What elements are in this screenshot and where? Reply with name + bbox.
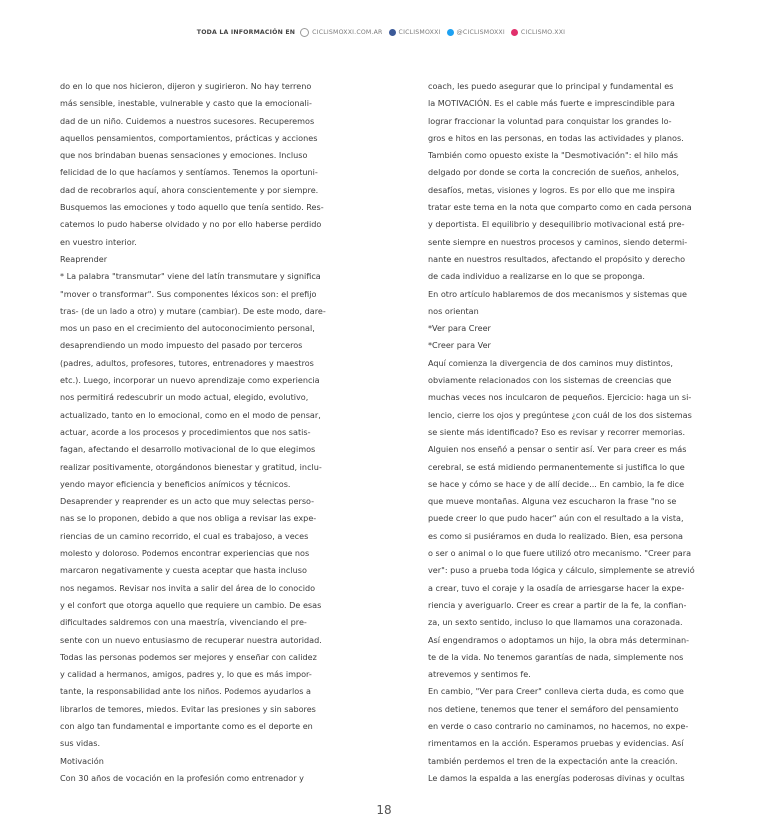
text-line: con algo tan fundamental e importante co… <box>60 718 360 735</box>
header-link-twitter[interactable]: @CICLISMOXXI <box>447 29 505 36</box>
text-line: y el confort que otorga aquello que requ… <box>60 597 360 614</box>
text-line: obviamente relacionados con los sistemas… <box>428 372 728 389</box>
text-line: tratar este tema en la nota que comparto… <box>428 199 728 216</box>
text-line: delgado por donde se corta la concreción… <box>428 164 728 181</box>
text-line: también perdemos el tren de la expectaci… <box>428 753 728 770</box>
text-line: se siente más identificado? Eso es revis… <box>428 424 728 441</box>
text-line: lograr fraccionar la voluntad para conqu… <box>428 113 728 130</box>
text-line: mos un paso en el crecimiento del autoco… <box>60 320 360 337</box>
text-line: Aquí comienza la divergencia de dos cami… <box>428 355 728 372</box>
text-line: molesto y doloroso. Podemos encontrar ex… <box>60 545 360 562</box>
text-line: ver": puso a prueba toda lógica y cálcul… <box>428 562 728 579</box>
header-link-website[interactable]: CICLISMOXXI.COM.AR <box>300 28 382 37</box>
text-line: *Ver para Creer <box>428 320 728 337</box>
text-line: y calidad a hermanos, amigos, padres y, … <box>60 666 360 683</box>
text-line: felicidad de lo que hacíamos y sentíamos… <box>60 164 360 181</box>
text-line: Desaprender y reaprender es un acto que … <box>60 493 360 510</box>
text-line: catemos lo pudo haberse olvidado y no po… <box>60 216 360 233</box>
text-line: actualizado, tanto en lo emocional, como… <box>60 407 360 424</box>
text-line: es como si pusiéramos en duda lo realiza… <box>428 528 728 545</box>
text-line: la MOTIVACIÓN. Es el cable más fuerte e … <box>428 95 728 112</box>
text-line: Busquemos las emociones y todo aquello q… <box>60 199 360 216</box>
text-line: "mover o transformar". Sus componentes l… <box>60 286 360 303</box>
text-line: sus vidas. <box>60 735 360 752</box>
text-line: se hace y cómo se hace y de allí decide.… <box>428 476 728 493</box>
text-line: desafíos, metas, visiones y logros. Es p… <box>428 182 728 199</box>
text-line: marcaron negativamente y cuesta aceptar … <box>60 562 360 579</box>
text-line: En otro artículo hablaremos de dos mecan… <box>428 286 728 303</box>
text-line: coach, les puedo asegurar que lo princip… <box>428 78 728 95</box>
text-line: gros e hitos en las personas, en todas l… <box>428 130 728 147</box>
text-line: rimentamos en la acción. Esperamos prueb… <box>428 735 728 752</box>
text-line: muchas veces nos inculcaron de pequeños.… <box>428 389 728 406</box>
text-line: yendo mayor eficiencia y beneficios aním… <box>60 476 360 493</box>
header-lead: TODA LA INFORMACIÓN EN <box>197 29 295 36</box>
text-line: fagan, afectando el desarrollo motivacio… <box>60 441 360 458</box>
text-line: dificultades saldremos con una maestría,… <box>60 614 360 631</box>
text-line: que mueve montañas. Alguna vez escucharo… <box>428 493 728 510</box>
text-line: librarlos de temores, miedos. Evitar las… <box>60 701 360 718</box>
text-line: nos detiene, tenemos que tener el semáfo… <box>428 701 728 718</box>
text-line: za, un sexto sentido, incluso lo que lla… <box>428 614 728 631</box>
text-line: do en lo que nos hicieron, dijeron y sug… <box>60 78 360 95</box>
text-line: cerebral, se está midiendo permanentemen… <box>428 459 728 476</box>
text-line: más sensible, inestable, vulnerable y ca… <box>60 95 360 112</box>
header-link-instagram[interactable]: CICLISMO.XXI <box>511 29 565 36</box>
text-line: Con 30 años de vocación en la profesión … <box>60 770 360 787</box>
text-line: o ser o animal o lo que fuere utilizó ot… <box>428 545 728 562</box>
header-link-label: CICLISMOXXI.COM.AR <box>312 29 382 36</box>
header-link-label: @CICLISMOXXI <box>457 29 505 36</box>
text-line: realizar positivamente, otorgándonos bie… <box>60 459 360 476</box>
text-line: en verde o caso contrario no caminamos, … <box>428 718 728 735</box>
text-line: de cada individuo a realizarse en lo que… <box>428 268 728 285</box>
page-header: TODA LA INFORMACIÓN EN CICLISMOXXI.COM.A… <box>0 28 768 37</box>
text-line: Así engendramos o adoptamos un hijo, la … <box>428 632 728 649</box>
text-line: lencio, cierre los ojos y pregúntese ¿co… <box>428 407 728 424</box>
text-line: nas se lo proponen, debido a que nos obl… <box>60 510 360 527</box>
twitter-icon <box>447 29 454 36</box>
text-line: Alguien nos enseñó a pensar o sentir así… <box>428 441 728 458</box>
text-line: Reaprender <box>60 251 360 268</box>
text-line: tras- (de un lado a otro) y mutare (camb… <box>60 303 360 320</box>
header-link-label: CICLISMOXXI <box>399 29 441 36</box>
text-line: nos negamos. Revisar nos invita a salir … <box>60 580 360 597</box>
text-line: atrevemos y sentimos fe. <box>428 666 728 683</box>
text-line: que nos brindaban buenas sensaciones y e… <box>60 147 360 164</box>
text-line: dad de un niño. Cuidemos a nuestros suce… <box>60 113 360 130</box>
text-line: *Creer para Ver <box>428 337 728 354</box>
text-line: desaprendiendo un modo impuesto del pasa… <box>60 337 360 354</box>
text-line: nante en nuestros resultados, afectando … <box>428 251 728 268</box>
text-line: puede creer lo que pudo hacer" aún con e… <box>428 510 728 527</box>
text-line: tante, la responsabilidad ante los niños… <box>60 683 360 700</box>
text-line: y deportista. El equilibrio y desequilib… <box>428 216 728 233</box>
text-line: a crear, tuvo el coraje y la osadía de a… <box>428 580 728 597</box>
page-number: 18 <box>0 803 768 817</box>
text-line: Todas las personas podemos ser mejores y… <box>60 649 360 666</box>
text-line: (padres, adultos, profesores, tutores, e… <box>60 355 360 372</box>
text-line: Le damos la espalda a las energías poder… <box>428 770 728 787</box>
header-link-facebook[interactable]: CICLISMOXXI <box>389 29 441 36</box>
text-line: En cambio, "Ver para Creer" conlleva cie… <box>428 683 728 700</box>
text-line: te de la vida. No tenemos garantías de n… <box>428 649 728 666</box>
text-line: en vuestro interior. <box>60 234 360 251</box>
text-line: * La palabra "transmutar" viene del latí… <box>60 268 360 285</box>
left-column: do en lo que nos hicieron, dijeron y sug… <box>60 78 360 787</box>
text-line: dad de recobrarlos aquí, ahora conscient… <box>60 182 360 199</box>
header-link-label: CICLISMO.XXI <box>521 29 565 36</box>
text-line: sente con un nuevo entusiasmo de recuper… <box>60 632 360 649</box>
text-line: nos permitirá redescubrir un modo actual… <box>60 389 360 406</box>
facebook-icon <box>389 29 396 36</box>
text-line: etc.). Luego, incorporar un nuevo aprend… <box>60 372 360 389</box>
right-column: coach, les puedo asegurar que lo princip… <box>428 78 728 787</box>
instagram-icon <box>511 29 518 36</box>
text-line: riencia y averiguarlo. Creer es crear a … <box>428 597 728 614</box>
text-line: sente siempre en nuestros procesos y cam… <box>428 234 728 251</box>
text-line: riencias de un camino recorrido, el cual… <box>60 528 360 545</box>
text-line: Motivación <box>60 753 360 770</box>
text-line: actuar, acorde a los procesos y procedim… <box>60 424 360 441</box>
text-line: nos orientan <box>428 303 728 320</box>
web-icon <box>300 28 309 37</box>
text-line: También como opuesto existe la "Desmotiv… <box>428 147 728 164</box>
text-line: aquellos pensamientos, comportamientos, … <box>60 130 360 147</box>
